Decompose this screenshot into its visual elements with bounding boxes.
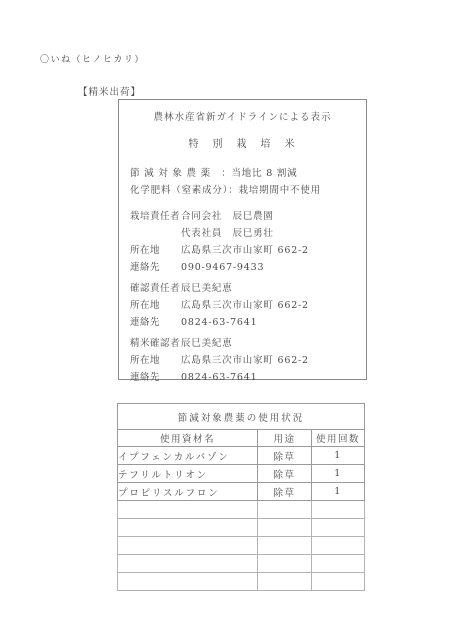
certification-box: 農林水産省新ガイドラインによる表示 特 別 栽 培 米 節 減 対 象 農 薬 … bbox=[118, 99, 367, 380]
usage-table-header-row: 使用資材名 用途 使用回数 bbox=[118, 430, 365, 447]
cert-field-row: 連絡先 0824-63-7641 bbox=[130, 369, 366, 386]
use-count-cell: 1 bbox=[312, 465, 365, 483]
grower-section: 栽培責任者 合同会社 辰巳農園 代表社員 辰巳勇壮 所在地 広島県三次市山家町 … bbox=[130, 208, 366, 276]
empty-row bbox=[118, 573, 365, 591]
use-type-cell: 除草 bbox=[258, 465, 312, 483]
cert-field-row: 所在地 広島県三次市山家町 662-2 bbox=[130, 297, 366, 314]
field-value: 090-9467-9433 bbox=[181, 259, 366, 276]
pesticide-reduction-line: 節 減 対 象 農 薬 ：当地比 8 割減 bbox=[130, 165, 366, 182]
cert-field-row: 栽培責任者 合同会社 辰巳農園 bbox=[130, 208, 366, 225]
cert-field-row: 代表社員 辰巳勇壮 bbox=[130, 225, 366, 242]
col-header-count: 使用回数 bbox=[312, 430, 365, 447]
field-value: 0824-63-7641 bbox=[181, 369, 366, 386]
field-value: 合同会社 辰巳農園 bbox=[181, 208, 366, 225]
field-value: 代表社員 辰巳勇壮 bbox=[181, 225, 366, 242]
usage-table-title: 節減対象農薬の使用状況 bbox=[118, 404, 365, 430]
empty-row bbox=[118, 537, 365, 555]
field-label: 連絡先 bbox=[130, 259, 181, 276]
use-count-cell: 1 bbox=[312, 483, 365, 501]
field-label: 精米確認者 bbox=[130, 335, 181, 352]
field-label bbox=[130, 225, 181, 242]
empty-row bbox=[118, 501, 365, 519]
field-label: 連絡先 bbox=[130, 369, 181, 386]
empty-row bbox=[118, 519, 365, 537]
field-value: 広島県三次市山家町 662-2 bbox=[181, 297, 366, 314]
field-value: 0824-63-7641 bbox=[181, 314, 366, 331]
guideline-heading: 農林水産省新ガイドラインによる表示 bbox=[119, 109, 366, 126]
field-value: 広島県三次市山家町 662-2 bbox=[181, 352, 366, 369]
cert-field-row: 確認責任者 辰巳美紀恵 bbox=[130, 280, 366, 297]
confirmer-section: 確認責任者 辰巳美紀恵 所在地 広島県三次市山家町 662-2 連絡先 0824… bbox=[130, 280, 366, 331]
material-name-cell: プロピリスルフロン bbox=[118, 483, 258, 501]
field-value: 辰巳美紀恵 bbox=[181, 280, 366, 297]
crop-variety-line: 〇いね（ヒノヒカリ） bbox=[40, 52, 145, 65]
usage-row: プロピリスルフロン 除草 1 bbox=[118, 483, 365, 501]
shipment-stage-label: 【精米出荷】 bbox=[78, 84, 141, 98]
field-value: 辰巳美紀恵 bbox=[181, 335, 366, 352]
field-label: 栽培責任者 bbox=[130, 208, 181, 225]
fertilizer-line: 化学肥料（窒素成分）：栽培期間中不使用 bbox=[130, 182, 366, 199]
usage-table-title-row: 節減対象農薬の使用状況 bbox=[118, 404, 365, 430]
reduction-lines: 節 減 対 象 農 薬 ：当地比 8 割減 化学肥料（窒素成分）：栽培期間中不使… bbox=[130, 165, 366, 199]
cert-field-row: 連絡先 090-9467-9433 bbox=[130, 259, 366, 276]
milling-confirmer-section: 精米確認者 辰巳美紀恵 所在地 広島県三次市山家町 662-2 連絡先 0824… bbox=[130, 335, 366, 386]
field-label: 所在地 bbox=[130, 297, 181, 314]
field-label: 確認責任者 bbox=[130, 280, 181, 297]
cert-field-row: 連絡先 0824-63-7641 bbox=[130, 314, 366, 331]
use-type-cell: 除草 bbox=[258, 447, 312, 465]
field-label: 連絡先 bbox=[130, 314, 181, 331]
cert-field-row: 所在地 広島県三次市山家町 662-2 bbox=[130, 352, 366, 369]
use-count-cell: 1 bbox=[312, 447, 365, 465]
empty-row bbox=[118, 555, 365, 573]
col-header-material: 使用資材名 bbox=[118, 430, 258, 447]
document-page: 〇いね（ヒノヒカリ） 【精米出荷】 農林水産省新ガイドラインによる表示 特 別 … bbox=[0, 0, 450, 637]
material-name-cell: イプフェンカルバゾン bbox=[118, 447, 258, 465]
field-label: 所在地 bbox=[130, 242, 181, 259]
pesticide-usage-table: 節減対象農薬の使用状況 使用資材名 用途 使用回数 イプフェンカルバゾン 除草 … bbox=[117, 403, 365, 591]
usage-row: テフリルトリオン 除草 1 bbox=[118, 465, 365, 483]
field-value: 広島県三次市山家町 662-2 bbox=[181, 242, 366, 259]
material-name-cell: テフリルトリオン bbox=[118, 465, 258, 483]
rice-type-title: 特 別 栽 培 米 bbox=[119, 136, 366, 153]
cert-field-row: 所在地 広島県三次市山家町 662-2 bbox=[130, 242, 366, 259]
col-header-use: 用途 bbox=[258, 430, 312, 447]
cert-field-row: 精米確認者 辰巳美紀恵 bbox=[130, 335, 366, 352]
use-type-cell: 除草 bbox=[258, 483, 312, 501]
usage-row: イプフェンカルバゾン 除草 1 bbox=[118, 447, 365, 465]
field-label: 所在地 bbox=[130, 352, 181, 369]
